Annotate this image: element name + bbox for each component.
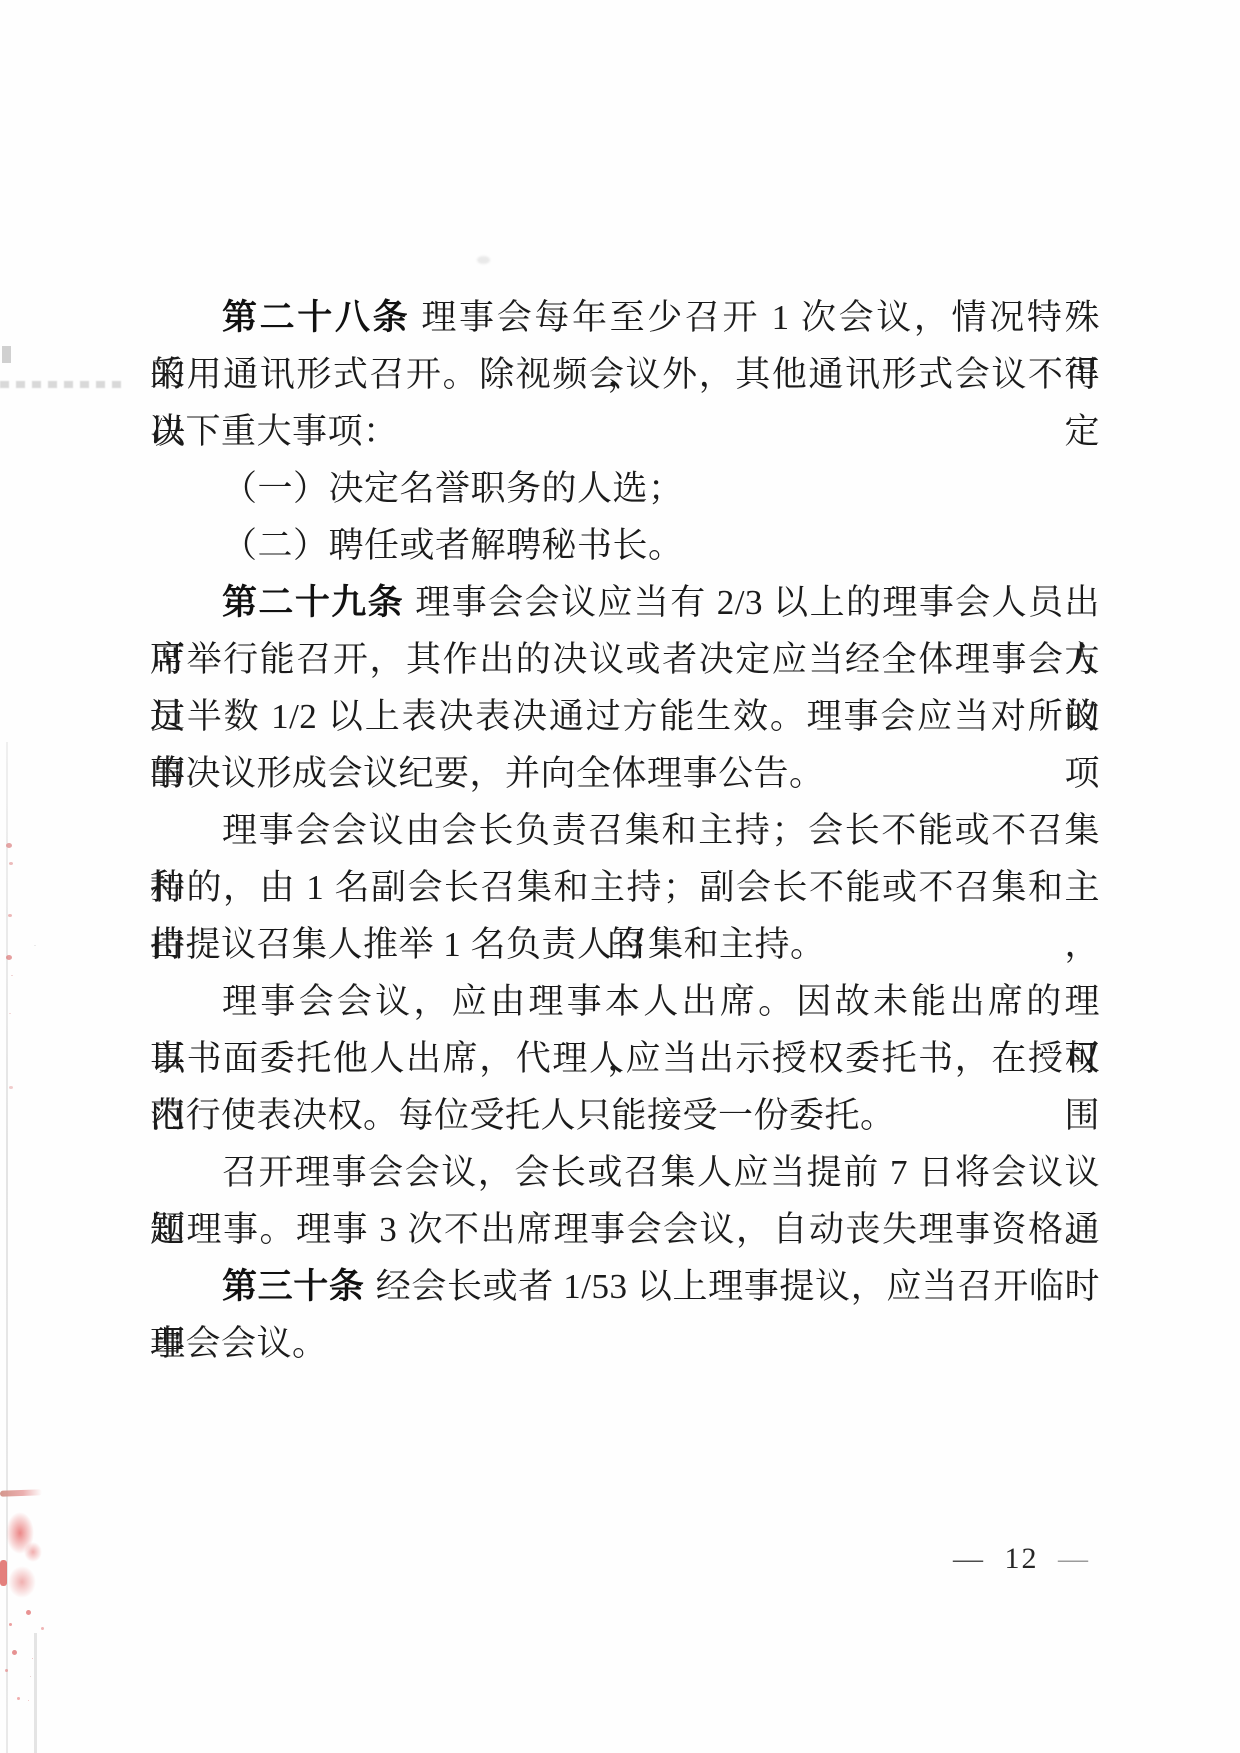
article-number: 第二十八条 (222, 298, 410, 337)
line-text: （一）决定名誉职务的人选； (222, 469, 684, 508)
text-line: 第二十九条理事会会议应当有 2/3 以上的理事会人员出席方 (150, 574, 1100, 631)
page-number: — 12 — (953, 1541, 1090, 1577)
line-text: 以下重大事项： (150, 412, 399, 451)
line-text: 知理事。理事 3 次不出席理事会会议，自动丧失理事资格。 (150, 1210, 1100, 1249)
text-line: 以书面委托他人出席，代理人应当出示授权委托书，在授权范围 (150, 1030, 1100, 1087)
scan-gray-mark (2, 346, 11, 363)
stamp-specks (26, 1610, 31, 1615)
page-number-value: 12 (995, 1542, 1049, 1575)
text-line: 第二十八条理事会每年至少召开 1 次会议，情况特殊的，可 (150, 289, 1100, 346)
stamp-blob (6, 1512, 34, 1554)
text-line: 可举行能召开，其作出的决议或者决定应当经全体理事会人员的 (150, 631, 1100, 688)
scan-speck-top (477, 256, 490, 264)
stamp-streak (0, 1560, 7, 1586)
line-text: 事会会议。 (150, 1324, 328, 1363)
scan-edge-line (6, 742, 8, 1753)
line-text: 由提议召集人推举 1 名负责人召集和主持。 (150, 925, 826, 964)
line-text: 的决议形成会议纪要，并向全体理事公告。 (150, 754, 825, 793)
text-line: （一）决定名誉职务的人选； (150, 460, 1100, 517)
text-line: 持的，由 1 名副会长召集和主持；副会长不能或不召集和主持的， (150, 859, 1100, 916)
text-line: 采用通讯形式召开。除视频会议外，其他通讯形式会议不得决定 (150, 346, 1100, 403)
text-line: 过半数 1/2 以上表决表决通过方能生效。理事会应当对所议事项 (150, 688, 1100, 745)
page-number-dash-left: — (953, 1542, 985, 1575)
scan-edge-line-2 (34, 1633, 37, 1753)
scan-smudge-dashes (0, 381, 122, 388)
stamp-blob (24, 1542, 42, 1562)
text-line: （二）聘任或者解聘秘书长。 (150, 517, 1100, 574)
page-number-dash-right: — (1058, 1542, 1090, 1575)
line-text: （二）聘任或者解聘秘书长。 (222, 526, 684, 565)
text-line: 第三十条经会长或者 1/53 以上理事提议，应当召开临时理 (150, 1258, 1100, 1315)
document-body: 第二十八条理事会每年至少召开 1 次会议，情况特殊的，可采用通讯形式召开。除视频… (150, 289, 1100, 1372)
article-number: 第二十九条 (222, 583, 404, 622)
stamp-dash (0, 1489, 42, 1496)
stamp-specks-mid (6, 843, 12, 848)
stamp-residue-bottom (0, 1488, 80, 1698)
scanned-page: 第二十八条理事会每年至少召开 1 次会议，情况特殊的，可采用通讯形式召开。除视频… (0, 0, 1240, 1753)
text-line: 理事会会议由会长负责召集和主持；会长不能或不召集和主 (150, 802, 1100, 859)
stamp-blob (8, 1566, 36, 1598)
article-number: 第三十条 (222, 1267, 365, 1306)
text-line: 召开理事会会议，会长或召集人应当提前 7 日将会议议题通 (150, 1144, 1100, 1201)
text-line: 理事会会议，应由理事本人出席。因故未能出席的理事，可 (150, 973, 1100, 1030)
text-line: 事会会议。 (150, 1315, 1100, 1372)
text-line: 知理事。理事 3 次不出席理事会会议，自动丧失理事资格。 (150, 1201, 1100, 1258)
line-text: 内行使表决权。每位受托人只能接受一份委托。 (150, 1096, 896, 1135)
